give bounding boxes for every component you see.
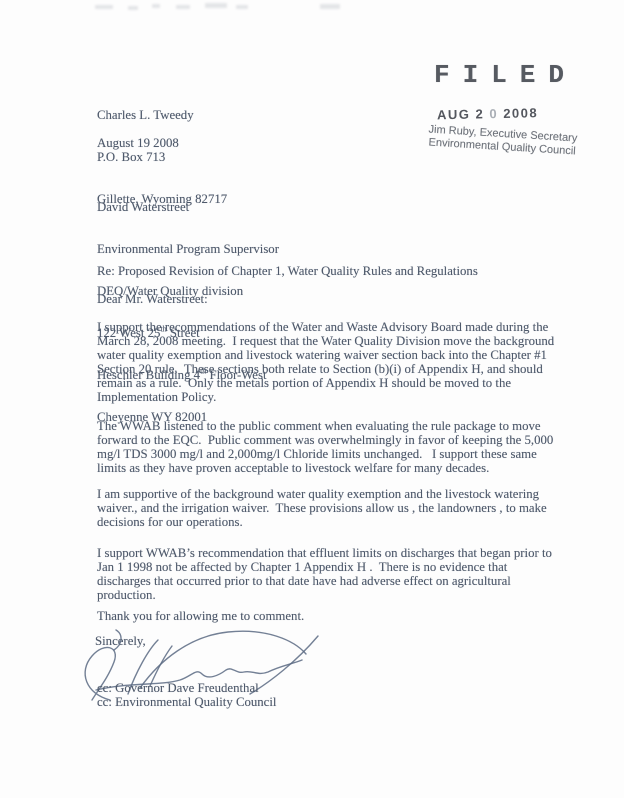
- scan-artifact: [152, 4, 160, 8]
- filed-stamp-date: AUG 2 0 2008: [437, 105, 567, 123]
- subject-line: Re: Proposed Revision of Chapter 1, Wate…: [97, 264, 478, 278]
- recipient-name: David Waterstreet: [97, 200, 279, 214]
- scan-artifact: [95, 5, 113, 9]
- recipient-title: Environmental Program Supervisor: [97, 242, 279, 256]
- filed-stamp: FILED: [434, 60, 577, 90]
- paragraph-2: The WWAB listened to the public comment …: [97, 419, 624, 475]
- letter-date: August 19 2008: [97, 136, 179, 150]
- scan-artifact: [205, 3, 227, 8]
- cc-lines: cc: Governor Dave Freudenthal cc: Enviro…: [97, 681, 276, 709]
- scan-artifact: [176, 5, 190, 9]
- sender-name: Charles L. Tweedy: [97, 108, 227, 122]
- sender-address-line1: P.O. Box 713: [97, 150, 227, 164]
- paragraph-1: I support the recommendations of the Wat…: [97, 320, 624, 404]
- scan-artifact: [320, 4, 340, 9]
- scan-artifact: [128, 6, 138, 10]
- salutation: Dear Mr. Waterstreet:: [97, 292, 208, 306]
- stamp-date-part: 2008: [503, 105, 538, 121]
- scan-artifact: [236, 5, 248, 9]
- stamp-date-part-faint: 0: [489, 106, 498, 121]
- paragraph-4: I support WWAB’s recommendation that eff…: [97, 546, 624, 602]
- stamp-signer-text: Jim Ruby, Executive Secretary Environmen…: [409, 122, 595, 159]
- stamp-date-part: AUG 2: [437, 106, 485, 122]
- paragraph-3: I am supportive of the background water …: [97, 487, 624, 529]
